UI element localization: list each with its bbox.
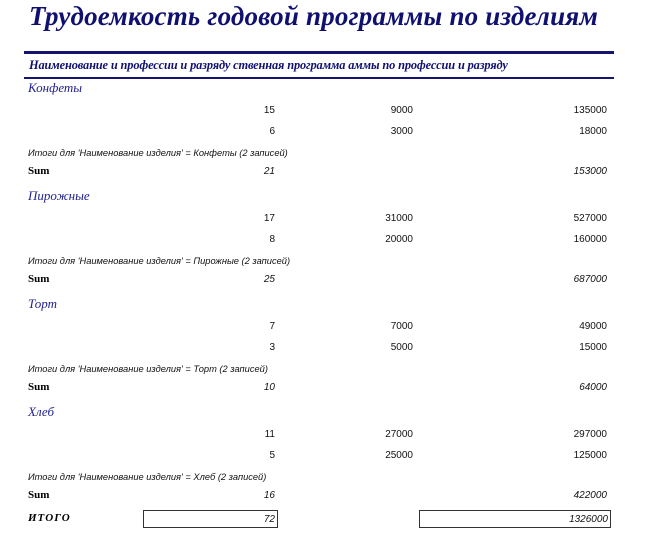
group-heading: Торт — [28, 296, 57, 312]
group-summary-caption: Итоги для 'Наименование изделия' = Пирож… — [28, 256, 290, 266]
sum-labor: 21 — [264, 166, 275, 177]
cell-labor: 8 — [269, 234, 275, 245]
cell-total: 18000 — [579, 126, 607, 137]
cell-program: 25000 — [385, 450, 413, 461]
cell-total: 160000 — [574, 234, 607, 245]
sum-label: Sum — [28, 489, 49, 501]
cell-total: 135000 — [574, 105, 607, 116]
column-header: Наименование и профессии и разряду ствен… — [29, 58, 508, 73]
cell-labor: 15 — [264, 105, 275, 116]
group-summary-caption: Итоги для 'Наименование изделия' = Торт … — [28, 364, 268, 374]
grand-total-amount-field: 1326000 — [419, 510, 611, 528]
sum-label: Sum — [28, 273, 49, 285]
cell-labor: 5 — [269, 450, 275, 461]
cell-program: 9000 — [391, 105, 413, 116]
cell-total: 527000 — [574, 213, 607, 224]
group-heading: Конфеты — [28, 80, 82, 96]
sum-total: 422000 — [574, 490, 607, 501]
grand-total-label: ИТОГО — [28, 512, 71, 524]
sum-labor: 25 — [264, 274, 275, 285]
cell-labor: 6 — [269, 126, 275, 137]
cell-program: 5000 — [391, 342, 413, 353]
grand-total-labor-field: 72 — [143, 510, 278, 528]
group-summary-caption: Итоги для 'Наименование изделия' = Хлеб … — [28, 472, 266, 482]
group-summary-caption: Итоги для 'Наименование изделия' = Конфе… — [28, 148, 288, 158]
group-heading: Пирожные — [28, 188, 90, 204]
group-heading: Хлеб — [28, 404, 54, 420]
cell-total: 15000 — [579, 342, 607, 353]
sum-total: 64000 — [579, 382, 607, 393]
cell-labor: 7 — [269, 321, 275, 332]
cell-total: 125000 — [574, 450, 607, 461]
sum-total: 687000 — [574, 274, 607, 285]
sum-total: 153000 — [574, 166, 607, 177]
cell-program: 20000 — [385, 234, 413, 245]
cell-labor: 11 — [265, 429, 275, 440]
cell-total: 297000 — [574, 429, 607, 440]
cell-labor: 17 — [264, 213, 275, 224]
cell-program: 7000 — [391, 321, 413, 332]
sum-labor: 10 — [264, 382, 275, 393]
cell-program: 3000 — [391, 126, 413, 137]
header-bottom-rule — [24, 77, 614, 79]
cell-total: 49000 — [579, 321, 607, 332]
report-title: Трудоемкость годовой программы по издели… — [29, 1, 598, 32]
sum-label: Sum — [28, 381, 49, 393]
sum-labor: 16 — [264, 490, 275, 501]
cell-program: 31000 — [385, 213, 413, 224]
header-top-rule — [24, 51, 614, 54]
cell-labor: 3 — [269, 342, 275, 353]
sum-label: Sum — [28, 165, 49, 177]
cell-program: 27000 — [385, 429, 413, 440]
